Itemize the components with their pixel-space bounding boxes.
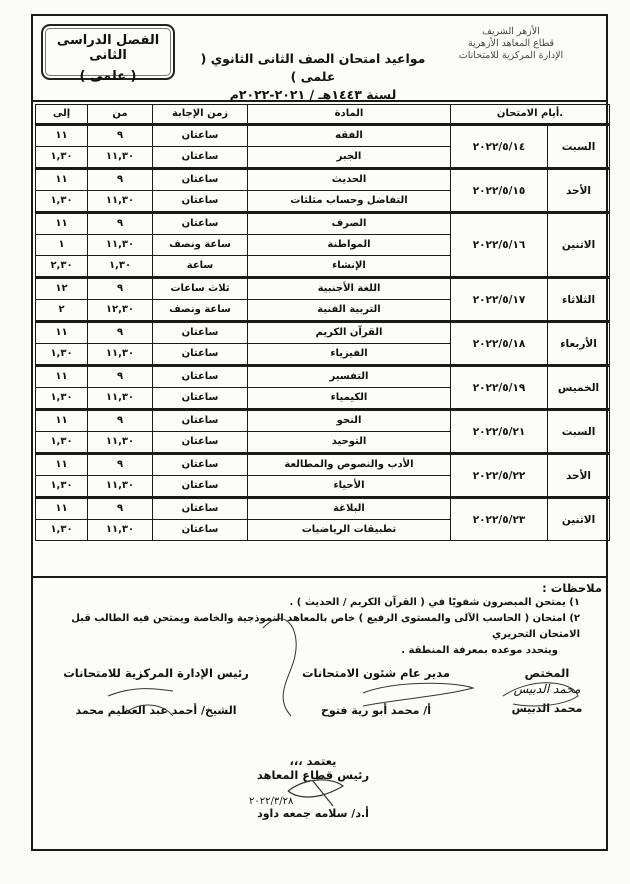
signature-scribbles xyxy=(33,16,610,853)
document-frame: الأزهر الشريف قطاع المعاهد الأزهرية الإد… xyxy=(31,14,608,851)
